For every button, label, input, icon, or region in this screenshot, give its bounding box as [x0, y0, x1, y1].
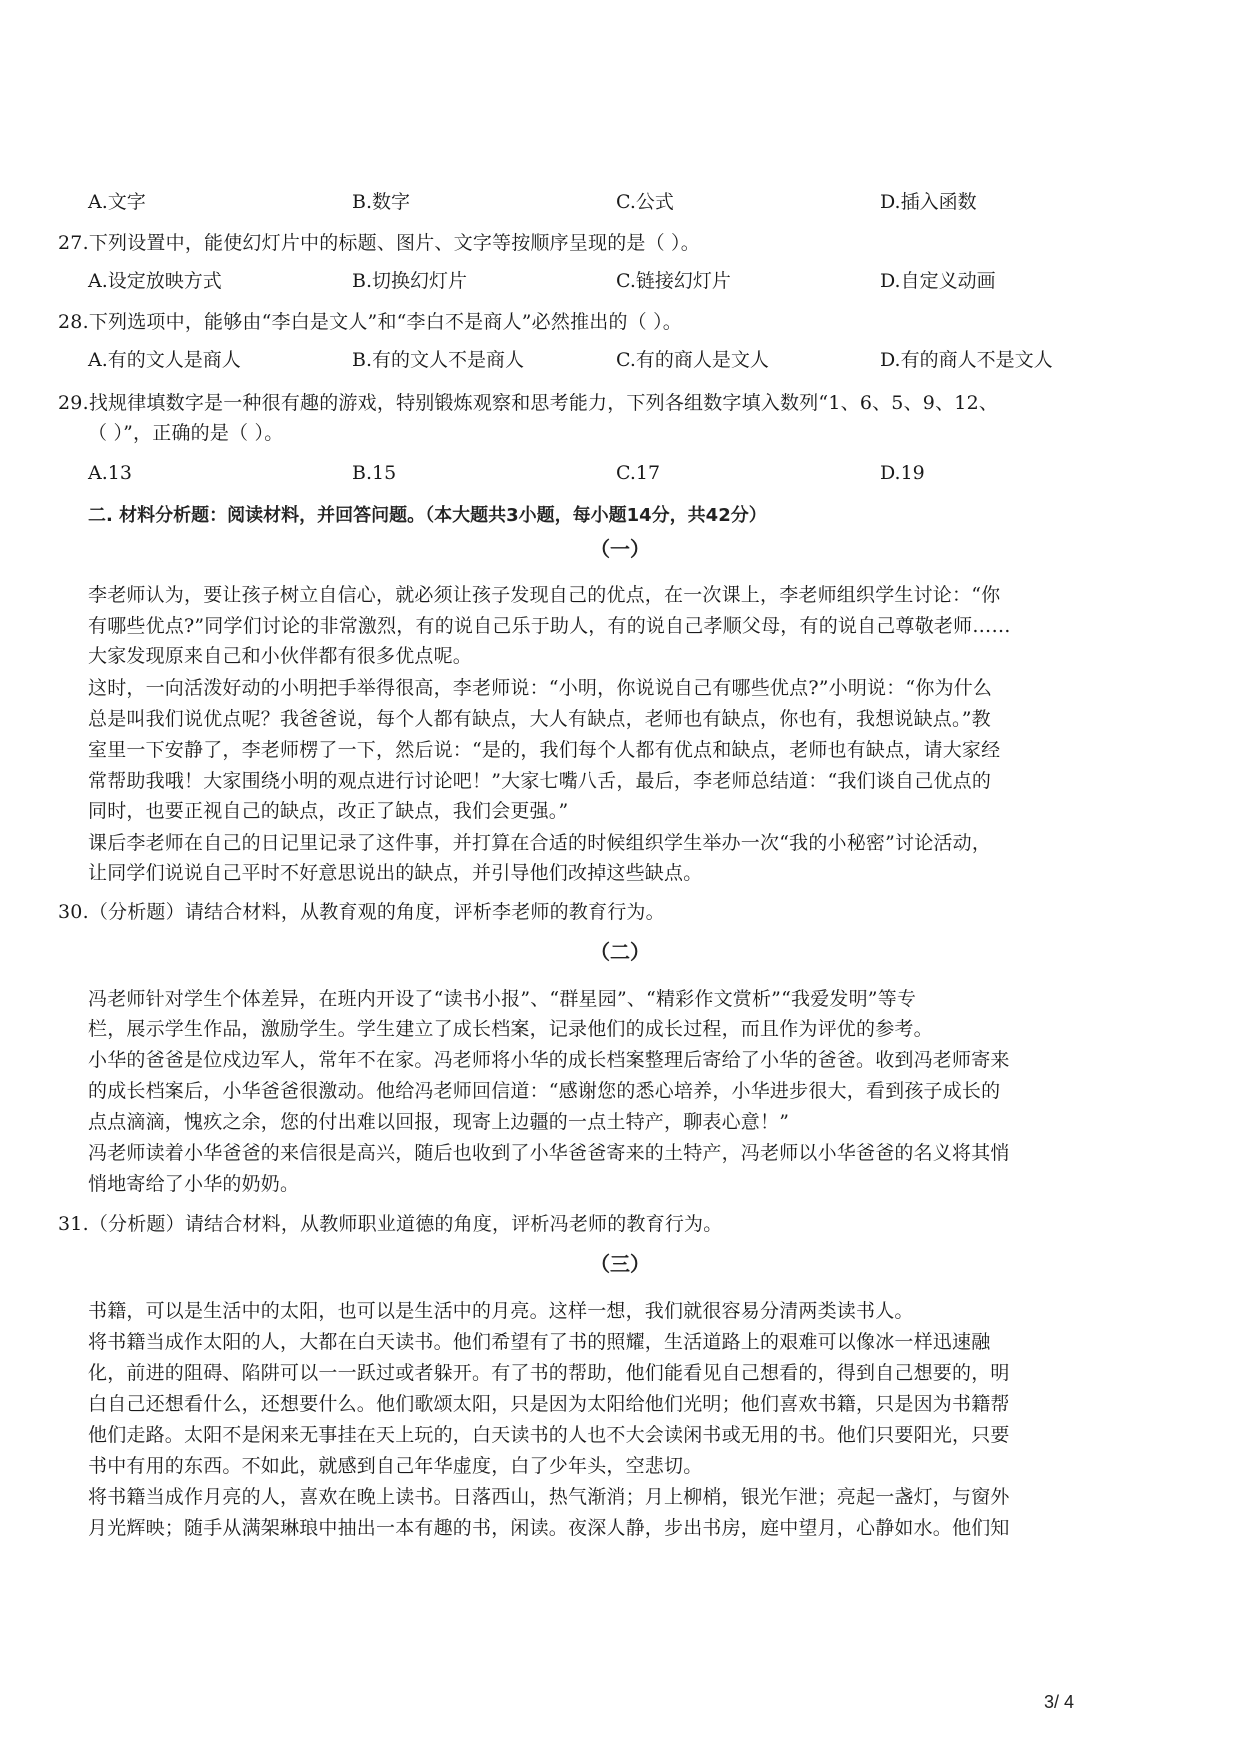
material-3-line: 白自己还想看什么，还想要什么。他们歌颂太阳，只是因为太阳给他们光明；他们喜欢书籍… — [88, 1391, 1010, 1417]
q27-option-b: B.切换幻灯片 — [352, 268, 467, 294]
material-1-line: 课后李老师在自己的日记里记录了这件事，并打算在合适的时候组织学生举办一次“我的小… — [88, 830, 991, 856]
question-30-stem: 30.（分析题）请结合材料，从教育观的角度，评析李老师的教育行为。 — [58, 899, 665, 925]
material-3-line: 化，前进的阻碍、陷阱可以一一跃过或者躲开。有了书的帮助，他们能看见自己想看的，得… — [88, 1360, 1010, 1386]
material-2-line: 的成长档案后，小华爸爸很激动。他给冯老师回信道：“感谢您的悉心培养，小华进步很大… — [88, 1078, 1000, 1104]
material-1-line: 大家发现原来自己和小伙伴都有很多优点呢。 — [88, 643, 472, 669]
material-2-line: 悄地寄给了小华的奶奶。 — [88, 1171, 299, 1197]
material-2-line: 冯老师针对学生个体差异，在班内开设了“读书小报”、“群星园”、“精彩作文赏析”“… — [88, 986, 916, 1012]
page-number: 3/ 4 — [1044, 1690, 1074, 1714]
material-1-line: 常帮助我哦！大家围绕小明的观点进行讨论吧！”大家七嘴八舌，最后，李老师总结道：“… — [88, 768, 991, 794]
material-3-line: 书中有用的东西。不如此，就感到自己年华虚度，白了少年头，空悲切。 — [88, 1453, 702, 1479]
material-2-line: 栏，展示学生作品，激励学生。学生建立了成长档案，记录他们的成长过程，而且作为评优… — [88, 1016, 933, 1042]
q27-option-c: C.链接幻灯片 — [616, 268, 731, 294]
q26-option-a: A.文字 — [88, 189, 146, 215]
question-31-stem: 31.（分析题）请结合材料，从教师职业道德的角度，评析冯老师的教育行为。 — [58, 1211, 722, 1237]
material-3-line: 将书籍当成作太阳的人，大都在白天读书。他们希望有了书的照耀，生活道路上的艰难可以… — [88, 1329, 990, 1355]
material-3-line: 他们走路。太阳不是闲来无事挂在天上玩的，白天读书的人也不大会读闲书或无用的书。他… — [88, 1422, 1010, 1448]
q29-option-c: C.17 — [616, 460, 660, 486]
q26-option-b: B.数字 — [352, 189, 410, 215]
q28-option-a: A.有的文人是商人 — [88, 347, 241, 373]
q29-option-a: A.13 — [88, 460, 132, 486]
material-2-line: 小华的爸爸是位戍边军人，常年不在家。冯老师将小华的成长档案整理后寄给了小华的爸爸… — [88, 1047, 1010, 1073]
material-3-line: 月光辉映；随手从满架琳琅中抽出一本有趣的书，闲读。夜深人静，步出书房，庭中望月，… — [88, 1515, 1010, 1541]
material-3-line: 将书籍当成作月亮的人，喜欢在晚上读书。日落西山，热气渐消；月上柳梢，银光乍泄；亮… — [88, 1484, 1010, 1510]
material-1-line: 有哪些优点?”同学们讨论的非常激烈，有的说自己乐于助人，有的说自己孝顺父母，有的… — [88, 613, 1011, 639]
material-2-line: 冯老师读着小华爸爸的来信很是高兴，随后也收到了小华爸爸寄来的土特产，冯老师以小华… — [88, 1140, 1010, 1166]
material-3-line: 书籍，可以是生活中的太阳，也可以是生活中的月亮。这样一想，我们就很容易分清两类读… — [88, 1298, 914, 1324]
q28-option-d: D.有的商人不是文人 — [880, 347, 1053, 373]
q27-option-a: A.设定放映方式 — [88, 268, 222, 294]
material-2-title: （二） — [0, 938, 1240, 966]
section-2-heading: 二. 材料分析题：阅读材料，并回答问题。（本大题共3小题，每小题14分，共42分… — [88, 503, 767, 529]
q29-option-b: B.15 — [352, 460, 396, 486]
q29-option-d: D.19 — [880, 460, 925, 486]
material-1-line: 这时，一向活泼好动的小明把手举得很高，李老师说：“小明，你说说自己有哪些优点?”… — [88, 675, 992, 701]
question-28-stem: 28.下列选项中，能够由“李白是文人”和“李白不是商人”必然推出的（ ）。 — [58, 309, 682, 335]
q27-option-d: D.自定义动画 — [880, 268, 996, 294]
material-1-line: 李老师认为，要让孩子树立自信心，就必须让孩子发现自己的优点，在一次课上，李老师组… — [88, 582, 1000, 608]
material-3-title: （三） — [0, 1250, 1240, 1278]
question-29-stem-line-1: 29.找规律填数字是一种很有趣的游戏，特别锻炼观察和思考能力，下列各组数字填入数… — [58, 390, 998, 416]
material-1-line: 让同学们说说自己平时不好意思说出的缺点，并引导他们改掉这些缺点。 — [88, 860, 702, 886]
question-27-stem: 27.下列设置中，能使幻灯片中的标题、图片、文字等按顺序呈现的是（ ）。 — [58, 230, 700, 256]
material-1-title: （一） — [0, 535, 1240, 563]
q28-option-c: C.有的商人是文人 — [616, 347, 769, 373]
material-1-line: 室里一下安静了，李老师楞了一下，然后说：“是的，我们每个人都有优点和缺点，老师也… — [88, 737, 1000, 763]
q26-option-c: C.公式 — [616, 189, 674, 215]
material-1-line: 总是叫我们说优点呢？我爸爸说，每个人都有缺点，大人有缺点，老师也有缺点，你也有，… — [88, 706, 991, 732]
material-1-line: 同时，也要正视自己的缺点，改正了缺点，我们会更强。” — [88, 798, 568, 824]
material-2-line: 点点滴滴，愧疚之余，您的付出难以回报，现寄上边疆的一点土特产，聊表心意！” — [88, 1109, 789, 1135]
exam-page: A.文字 B.数字 C.公式 D.插入函数 27.下列设置中，能使幻灯片中的标题… — [0, 0, 1240, 1754]
q26-option-d: D.插入函数 — [880, 189, 977, 215]
question-29-stem-line-2: （ ）”，正确的是（ ）。 — [88, 420, 283, 446]
q28-option-b: B.有的文人不是商人 — [352, 347, 524, 373]
